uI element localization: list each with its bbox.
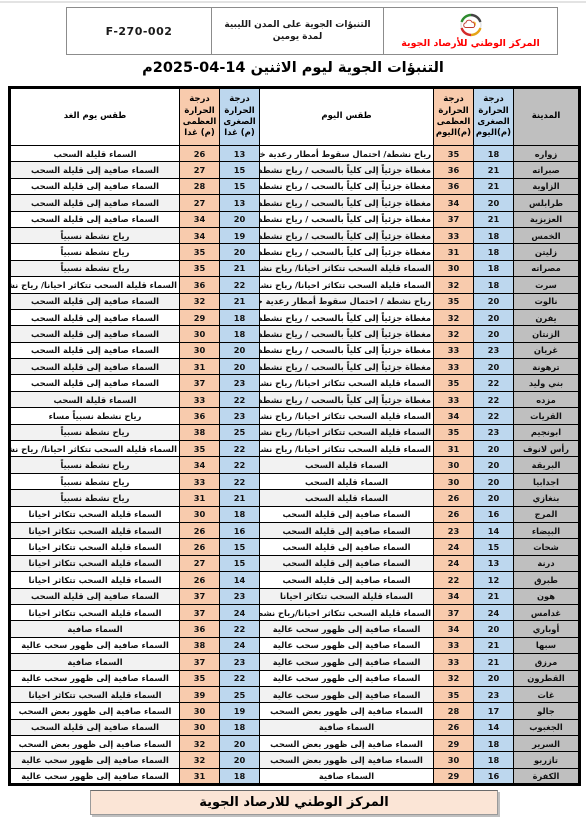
city-cell: رأس لانوف (514, 441, 580, 457)
min-tomorrow-cell: 18 (220, 719, 260, 735)
city-cell: الزاوية (514, 178, 580, 194)
min-today-cell: 20 (474, 359, 514, 375)
weather-today-cell: السماء قليلة السحب تتكاثر احيانا/ رياح ن… (260, 260, 434, 276)
weather-today-cell: السماء صافية إلى ظهور سحب عالية (260, 654, 434, 670)
weather-today-cell: مغطاة جزئياً إلى كلياً بالسحب / رياح نشط… (260, 211, 434, 227)
city-cell: تازربو (514, 752, 580, 768)
weather-today-cell: السماء صافية إلى قليلة السحب (260, 555, 434, 571)
city-cell: الكفرة (514, 768, 580, 784)
form-code: F-270-002 (106, 25, 173, 38)
max-tomorrow-cell: 34 (180, 227, 220, 243)
min-today-cell: 18 (474, 244, 514, 260)
column-header-max-today: درجة الحرارة العظمى (م)اليوم (434, 88, 474, 146)
org-name: المركز الوطني للأرصاد الجوية (401, 38, 540, 49)
min-tomorrow-cell: 24 (220, 604, 260, 620)
city-cell: طرابلس (514, 195, 580, 211)
table-row: سرت1832السماء قليلة السحب تتكاثر احيانا/… (10, 277, 580, 293)
weather-today-cell: السماء صافية إلى قليلة السحب (260, 522, 434, 538)
min-tomorrow-cell: 20 (220, 752, 260, 768)
max-today-cell: 34 (434, 195, 474, 211)
min-today-cell: 21 (474, 211, 514, 227)
min-today-cell: 17 (474, 703, 514, 719)
table-row: بنغازي2026السماء قليلة السحب2131رياح نشط… (10, 490, 580, 506)
min-today-cell: 18 (474, 260, 514, 276)
table-row: ترهونة2033مغطاة جزئياً إلى كلياً بالسحب … (10, 359, 580, 375)
min-today-cell: 22 (474, 375, 514, 391)
min-tomorrow-cell: 21 (220, 293, 260, 309)
min-today-cell: 20 (474, 457, 514, 473)
table-row: سبها2133السماء صافية إلى ظهور سحب عالية2… (10, 637, 580, 653)
min-tomorrow-cell: 23 (220, 408, 260, 424)
max-tomorrow-cell: 26 (180, 572, 220, 588)
table-row: القريات2234السماء قليلة السحب تتكاثر احي… (10, 408, 580, 424)
city-cell: هون (514, 588, 580, 604)
city-cell: الخمس (514, 227, 580, 243)
min-tomorrow-cell: 20 (220, 359, 260, 375)
min-tomorrow-cell: 19 (220, 227, 260, 243)
min-today-cell: 23 (474, 686, 514, 702)
max-today-cell: 35 (434, 293, 474, 309)
max-tomorrow-cell: 31 (180, 490, 220, 506)
table-row: رأس لانوف2031السماء قليلة السحب تتكاثر ا… (10, 441, 580, 457)
weather-today-cell: السماء صافية إلى ظهور بعض السحب (260, 703, 434, 719)
weather-tomorrow-cell: السماء صافية إلى ظهور سحب عالية (10, 670, 180, 686)
city-cell: نالوت (514, 293, 580, 309)
min-tomorrow-cell: 15 (220, 555, 260, 571)
city-cell: البيضاء (514, 522, 580, 538)
min-today-cell: 21 (474, 178, 514, 194)
table-row: طرابلس2034مغطاة جزئياً إلى كلياً بالسحب … (10, 195, 580, 211)
weather-today-cell: السماء قليلة السحب تتكاثر احيانا/ رياح ن… (260, 424, 434, 440)
max-tomorrow-cell: 38 (180, 637, 220, 653)
max-today-cell: 29 (434, 736, 474, 752)
weather-today-cell: مغطاة جزئياً إلى كلياً بالسحب / رياح نشط… (260, 326, 434, 342)
letterhead-logo-cell: المركز الوطني للأرصاد الجوية (383, 8, 557, 54)
weather-tomorrow-cell: السماء قليلة السحب تتكاثر احيانا/ رياح ن… (10, 277, 180, 293)
max-tomorrow-cell: 37 (180, 654, 220, 670)
min-today-cell: 20 (474, 309, 514, 325)
max-tomorrow-cell: 38 (180, 424, 220, 440)
column-header-city: المدينة (514, 88, 580, 146)
max-today-cell: 22 (434, 572, 474, 588)
min-today-cell: 16 (474, 768, 514, 784)
weather-today-cell: رياح نشطة/ احتمال سقوط أمطار رعدية خفيفة (260, 146, 434, 162)
city-cell: سرت (514, 277, 580, 293)
city-cell: البريقة (514, 457, 580, 473)
min-today-cell: 20 (474, 195, 514, 211)
min-tomorrow-cell: 22 (220, 670, 260, 686)
min-tomorrow-cell: 18 (220, 768, 260, 784)
max-tomorrow-cell: 27 (180, 162, 220, 178)
weather-tomorrow-cell: السماء قليلة السحب تتكاثر احيانا (10, 539, 180, 555)
weather-tomorrow-cell: رياح نشطة نسبياً (10, 260, 180, 276)
weather-today-cell: السماء صافية (260, 719, 434, 735)
max-tomorrow-cell: 37 (180, 604, 220, 620)
weather-tomorrow-cell: السماء قليلة السحب (10, 146, 180, 162)
min-tomorrow-cell: 15 (220, 162, 260, 178)
table-row: تازربو1830السماء صافية إلى ظهور بعض السح… (10, 752, 580, 768)
weather-tomorrow-cell: السماء قليلة السحب تتكاثر احيانا (10, 522, 180, 538)
min-today-cell: 20 (474, 490, 514, 506)
min-tomorrow-cell: 23 (220, 654, 260, 670)
city-cell: شحات (514, 539, 580, 555)
weather-tomorrow-cell: السماء صافية (10, 621, 180, 637)
min-today-cell: 14 (474, 719, 514, 735)
weather-tomorrow-cell: السماء صافية إلى قليلة السحب (10, 195, 180, 211)
max-today-cell: 33 (434, 359, 474, 375)
doc-title-line1: التنبؤات الجوية على المدن الليبية (224, 19, 370, 31)
max-tomorrow-cell: 33 (180, 391, 220, 407)
letterhead-form-code-cell: F-270-002 (67, 8, 211, 54)
weather-tomorrow-cell: السماء صافية إلى قليلة السحب (10, 211, 180, 227)
max-tomorrow-cell: 34 (180, 457, 220, 473)
max-today-cell: 34 (434, 588, 474, 604)
max-today-cell: 34 (434, 621, 474, 637)
min-tomorrow-cell: 22 (220, 277, 260, 293)
max-tomorrow-cell: 36 (180, 408, 220, 424)
min-tomorrow-cell: 25 (220, 686, 260, 702)
weather-tomorrow-cell: رياح نشطة نسبياً (10, 424, 180, 440)
max-today-cell: 33 (434, 637, 474, 653)
min-today-cell: 20 (474, 441, 514, 457)
max-today-cell: 30 (434, 457, 474, 473)
max-today-cell: 24 (434, 555, 474, 571)
max-today-cell: 33 (434, 391, 474, 407)
city-cell: ترهونة (514, 359, 580, 375)
weather-tomorrow-cell: السماء قليلة السحب تتكاثر احيانا (10, 572, 180, 588)
max-tomorrow-cell: 36 (180, 277, 220, 293)
table-row: يفرن2032مغطاة جزئياً إلى كلياً بالسحب / … (10, 309, 580, 325)
table-row: ابونجيم2335السماء قليلة السحب تتكاثر احي… (10, 424, 580, 440)
weather-tomorrow-cell: السماء صافية إلى قليلة السحب (10, 178, 180, 194)
max-today-cell: 28 (434, 703, 474, 719)
min-tomorrow-cell: 20 (220, 342, 260, 358)
max-tomorrow-cell: 37 (180, 375, 220, 391)
min-today-cell: 18 (474, 146, 514, 162)
table-row: زليتن1831مغطاة جزئياً إلى كلياً بالسحب /… (10, 244, 580, 260)
max-tomorrow-cell: 35 (180, 670, 220, 686)
min-today-cell: 16 (474, 506, 514, 522)
max-tomorrow-cell: 32 (180, 736, 220, 752)
min-tomorrow-cell: 23 (220, 375, 260, 391)
city-cell: الزنتان (514, 326, 580, 342)
max-tomorrow-cell: 26 (180, 522, 220, 538)
min-today-cell: 18 (474, 277, 514, 293)
doc-title-line2: لمدة يومين (273, 31, 322, 43)
max-tomorrow-cell: 30 (180, 719, 220, 735)
table-row: المرج1626السماء صافية إلى قليلة السحب183… (10, 506, 580, 522)
weather-today-cell: السماء صافية (260, 768, 434, 784)
weather-tomorrow-cell: السماء صافية إلى قليلة السحب (10, 293, 180, 309)
weather-today-cell: السماء قليلة السحب تتكاثر احيانا/ رياح ن… (260, 441, 434, 457)
table-row: غريان2333مغطاة جزئياً إلى كلياً بالسحب /… (10, 342, 580, 358)
min-today-cell: 18 (474, 227, 514, 243)
table-row: مصراته1830السماء قليلة السحب تتكاثر احيا… (10, 260, 580, 276)
weather-today-cell: مغطاة جزئياً إلى كلياً بالسحب / رياح نشط… (260, 309, 434, 325)
max-tomorrow-cell: 30 (180, 342, 220, 358)
table-row: اجدابيا2030السماء قليلة السحب2233رياح نش… (10, 473, 580, 489)
min-today-cell: 18 (474, 736, 514, 752)
cloud-emblem-icon (459, 13, 483, 37)
city-cell: مصراته (514, 260, 580, 276)
max-today-cell: 30 (434, 260, 474, 276)
min-tomorrow-cell: 25 (220, 424, 260, 440)
max-today-cell: 31 (434, 441, 474, 457)
table-row: زواره1835رياح نشطة/ احتمال سقوط أمطار رع… (10, 146, 580, 162)
weather-tomorrow-cell: السماء قليلة السحب تتكاثر احيانا/ رياح ن… (10, 441, 180, 457)
max-tomorrow-cell: 37 (180, 588, 220, 604)
weather-today-cell: السماء صافية إلى قليلة السحب (260, 572, 434, 588)
weather-today-cell: مغطاة جزئياً إلى كلياً بالسحب / رياح نشط… (260, 244, 434, 260)
city-cell: طبرق (514, 572, 580, 588)
weather-tomorrow-cell: السماء صافية إلى قليلة السحب (10, 309, 180, 325)
footer-banner-text: المركز الوطني للارصاد الجوية (199, 795, 389, 810)
max-today-cell: 32 (434, 277, 474, 293)
min-today-cell: 22 (474, 408, 514, 424)
weather-today-cell: السماء قليلة السحب تتكاثر احيانا/ رياح ن… (260, 277, 434, 293)
weather-today-cell: مغطاة جزئياً إلى كلياً بالسحب / رياح نشط… (260, 227, 434, 243)
top-divider (0, 1, 586, 3)
city-cell: غريان (514, 342, 580, 358)
min-tomorrow-cell: 14 (220, 572, 260, 588)
max-today-cell: 32 (434, 326, 474, 342)
max-today-cell: 24 (434, 539, 474, 555)
city-cell: مزده (514, 391, 580, 407)
city-cell: المرج (514, 506, 580, 522)
city-cell: اجدابيا (514, 473, 580, 489)
weather-today-cell: السماء صافية إلى قليلة السحب (260, 539, 434, 555)
max-today-cell: 32 (434, 670, 474, 686)
weather-tomorrow-cell: السماء صافية إلى قليلة السحب (10, 375, 180, 391)
weather-today-cell: السماء صافية إلى ظهور بعض السحب (260, 736, 434, 752)
weather-tomorrow-cell: السماء صافية إلى ظهور سحب عالية (10, 752, 180, 768)
weather-tomorrow-cell: السماء قليلة السحب تتكاثر احيانا (10, 555, 180, 571)
city-cell: أوباري (514, 621, 580, 637)
weather-today-cell: السماء قليلة السحب (260, 490, 434, 506)
max-today-cell: 33 (434, 342, 474, 358)
table-row: شحات1524السماء صافية إلى قليلة السحب1526… (10, 539, 580, 555)
table-row: نالوت2035رياح نشطة / احتمال سقوط أمطار ر… (10, 293, 580, 309)
weather-tomorrow-cell: رياح نشطة نسبياً (10, 473, 180, 489)
min-tomorrow-cell: 22 (220, 473, 260, 489)
letterhead: المركز الوطني للأرصاد الجوية التنبؤات ال… (66, 7, 558, 55)
max-today-cell: 30 (434, 473, 474, 489)
column-header-weather-today: طقس اليوم (260, 88, 434, 146)
table-row: صبراته2136مغطاة جزئياً إلى كلياً بالسحب … (10, 162, 580, 178)
table-row: الزنتان2032مغطاة جزئياً إلى كلياً بالسحب… (10, 326, 580, 342)
min-today-cell: 18 (474, 752, 514, 768)
max-tomorrow-cell: 30 (180, 703, 220, 719)
max-tomorrow-cell: 30 (180, 326, 220, 342)
min-tomorrow-cell: 20 (220, 736, 260, 752)
min-tomorrow-cell: 15 (220, 539, 260, 555)
weather-tomorrow-cell: السماء قليلة السحب تتكاثر احيانا (10, 686, 180, 702)
min-today-cell: 12 (474, 572, 514, 588)
column-header-max-tomorrow: درجة الحرارة العظمى (م) غدا (180, 88, 220, 146)
min-today-cell: 21 (474, 637, 514, 653)
max-tomorrow-cell: 32 (180, 293, 220, 309)
min-tomorrow-cell: 18 (220, 506, 260, 522)
city-cell: العزيزية (514, 211, 580, 227)
min-today-cell: 20 (474, 621, 514, 637)
weather-tomorrow-cell: السماء صافية إلى ظهور سحب عالية (10, 637, 180, 653)
weather-tomorrow-cell: السماء صافية إلى قليلة السحب (10, 326, 180, 342)
min-today-cell: 14 (474, 522, 514, 538)
min-tomorrow-cell: 21 (220, 260, 260, 276)
max-tomorrow-cell: 31 (180, 359, 220, 375)
min-today-cell: 21 (474, 162, 514, 178)
min-today-cell: 15 (474, 539, 514, 555)
min-today-cell: 13 (474, 555, 514, 571)
weather-today-cell: مغطاة جزئياً إلى كلياً بالسحب / رياح نشط… (260, 195, 434, 211)
max-tomorrow-cell: 39 (180, 686, 220, 702)
weather-today-cell: السماء صافية إلى ظهور سحب عالية (260, 637, 434, 653)
table-row: هون2134السماء قليلة السحب تتكاثر احيانا2… (10, 588, 580, 604)
min-tomorrow-cell: 18 (220, 309, 260, 325)
weather-today-cell: السماء صافية إلى قليلة السحب (260, 506, 434, 522)
city-cell: بني وليد (514, 375, 580, 391)
table-row: غدامس2437السماء قليلة السحب تتكاثر احيان… (10, 604, 580, 620)
weather-tomorrow-cell: السماء صافية إلى قليلة السحب (10, 342, 180, 358)
table-row: بني وليد2235السماء قليلة السحب تتكاثر اح… (10, 375, 580, 391)
city-cell: صبراته (514, 162, 580, 178)
table-header-row: المدينة درجة الحرارة الصغرى (م)اليوم درج… (10, 88, 580, 146)
city-cell: زواره (514, 146, 580, 162)
max-today-cell: 35 (434, 375, 474, 391)
table-row: القطرون2032السماء صافية إلى ظهور سحب عال… (10, 670, 580, 686)
max-tomorrow-cell: 31 (180, 768, 220, 784)
weather-today-cell: السماء صافية إلى ظهور بعض السحب (260, 752, 434, 768)
weather-tomorrow-cell: السماء صافية (10, 654, 180, 670)
weather-today-cell: السماء قليلة السحب تتكاثر احيانا/ رياح ن… (260, 408, 434, 424)
max-tomorrow-cell: 30 (180, 506, 220, 522)
table-row: أوباري2034السماء صافية إلى ظهور سحب عالي… (10, 621, 580, 637)
city-cell: سبها (514, 637, 580, 653)
max-today-cell: 33 (434, 227, 474, 243)
max-tomorrow-cell: 33 (180, 473, 220, 489)
city-cell: يفرن (514, 309, 580, 325)
city-cell: جالو (514, 703, 580, 719)
letterhead-doc-title-cell: التنبؤات الجوية على المدن الليبية لمدة ي… (211, 8, 383, 54)
weather-today-cell: مغطاة جزئياً إلى كلياً بالسحب / رياح نشط… (260, 178, 434, 194)
weather-today-cell: السماء قليلة السحب تتكاثر احيانا (260, 588, 434, 604)
max-tomorrow-cell: 32 (180, 752, 220, 768)
weather-tomorrow-cell: رياح نشطة نسبياً (10, 490, 180, 506)
max-today-cell: 37 (434, 604, 474, 620)
weather-tomorrow-cell: السماء صافية إلى قليلة السحب (10, 588, 180, 604)
min-today-cell: 22 (474, 391, 514, 407)
min-tomorrow-cell: 24 (220, 637, 260, 653)
weather-forecast-report: { "letterhead": { "form_code": "F-270-00… (0, 0, 586, 820)
weather-tomorrow-cell: السماء صافية إلى قليلة السحب (10, 359, 180, 375)
max-tomorrow-cell: 35 (180, 260, 220, 276)
city-cell: الجغبوب (514, 719, 580, 735)
max-today-cell: 36 (434, 162, 474, 178)
min-today-cell: 24 (474, 604, 514, 620)
table-row: الزاوية2136مغطاة جزئياً إلى كلياً بالسحب… (10, 178, 580, 194)
city-cell: القريات (514, 408, 580, 424)
city-cell: زليتن (514, 244, 580, 260)
weather-today-cell: السماء قليلة السحب (260, 473, 434, 489)
max-today-cell: 34 (434, 408, 474, 424)
max-today-cell: 29 (434, 768, 474, 784)
max-tomorrow-cell: 27 (180, 195, 220, 211)
min-today-cell: 23 (474, 342, 514, 358)
column-header-min-today: درجة الحرارة الصغرى (م)اليوم (474, 88, 514, 146)
table-row: درنة1324السماء صافية إلى قليلة السحب1527… (10, 555, 580, 571)
max-today-cell: 33 (434, 654, 474, 670)
table-row: البيضاء1423السماء صافية إلى قليلة السحب1… (10, 522, 580, 538)
max-today-cell: 23 (434, 522, 474, 538)
column-header-weather-tomorrow: طقس يوم الغد (10, 88, 180, 146)
city-cell: غدامس (514, 604, 580, 620)
min-today-cell: 21 (474, 654, 514, 670)
weather-tomorrow-cell: السماء صافية إلى ظهور بعض السحب (10, 736, 180, 752)
max-today-cell: 31 (434, 244, 474, 260)
max-today-cell: 26 (434, 490, 474, 506)
min-tomorrow-cell: 18 (220, 326, 260, 342)
min-today-cell: 21 (474, 588, 514, 604)
table-row: الجغبوب1426السماء صافية1830السماء صافية … (10, 719, 580, 735)
table-row: الكفرة1629السماء صافية1831السماء صافية إ… (10, 768, 580, 784)
weather-today-cell: رياح نشطة / احتمال سقوط أمطار رعدية خفيف… (260, 293, 434, 309)
max-today-cell: 26 (434, 719, 474, 735)
city-cell: درنة (514, 555, 580, 571)
min-tomorrow-cell: 13 (220, 195, 260, 211)
weather-tomorrow-cell: السماء صافية إلى قليلة السحب (10, 719, 180, 735)
min-tomorrow-cell: 22 (220, 457, 260, 473)
page-title: التنبؤات الجوية ليوم الاثنين 14-04-2025م (0, 60, 586, 76)
max-today-cell: 37 (434, 211, 474, 227)
weather-today-cell: السماء صافية إلى ظهور سحب عالية (260, 670, 434, 686)
city-cell: بنغازي (514, 490, 580, 506)
max-today-cell: 30 (434, 752, 474, 768)
max-today-cell: 35 (434, 686, 474, 702)
min-today-cell: 20 (474, 670, 514, 686)
city-cell: ابونجيم (514, 424, 580, 440)
weather-tomorrow-cell: رياح نشطة نسبياً (10, 457, 180, 473)
table-row: الخمس1833مغطاة جزئياً إلى كلياً بالسحب /… (10, 227, 580, 243)
weather-today-cell: السماء قليلة السحب تتكاثر احيانا/ رياح ن… (260, 375, 434, 391)
table-row: مزده2233مغطاة جزئياً إلى كلياً بالسحب / … (10, 391, 580, 407)
weather-tomorrow-cell: رياح نشطة نسبياً (10, 227, 180, 243)
table-row: السرير1829السماء صافية إلى ظهور بعض السح… (10, 736, 580, 752)
table-row: غات2335السماء صافية إلى ظهور سحب عالية25… (10, 686, 580, 702)
table-row: جالو1728السماء صافية إلى ظهور بعض السحب1… (10, 703, 580, 719)
table-row: مرزق2133السماء صافية إلى ظهور سحب عالية2… (10, 654, 580, 670)
weather-today-cell: مغطاة جزئياً إلى كلياً بالسحب / رياح نشط… (260, 342, 434, 358)
max-today-cell: 36 (434, 178, 474, 194)
min-today-cell: 20 (474, 473, 514, 489)
weather-tomorrow-cell: السماء صافية إلى قليلة السحب (10, 162, 180, 178)
min-today-cell: 20 (474, 326, 514, 342)
weather-tomorrow-cell: السماء صافية إلى ظهور بعض السحب (10, 703, 180, 719)
min-tomorrow-cell: 15 (220, 178, 260, 194)
min-tomorrow-cell: 20 (220, 244, 260, 260)
max-tomorrow-cell: 36 (180, 621, 220, 637)
min-tomorrow-cell: 23 (220, 588, 260, 604)
max-tomorrow-cell: 29 (180, 309, 220, 325)
max-tomorrow-cell: 26 (180, 539, 220, 555)
max-tomorrow-cell: 35 (180, 441, 220, 457)
column-header-min-tomorrow: درجة الحرارة الصغرى (م) غدا (220, 88, 260, 146)
city-cell: مرزق (514, 654, 580, 670)
weather-today-cell: السماء قليلة السحب تتكاثر احيانا/رياح نش… (260, 604, 434, 620)
city-cell: السرير (514, 736, 580, 752)
weather-tomorrow-cell: السماء قليلة السحب تتكاثر احيانا (10, 604, 180, 620)
min-today-cell: 20 (474, 293, 514, 309)
weather-tomorrow-cell: رياح نشطة نسبياً مساء (10, 408, 180, 424)
